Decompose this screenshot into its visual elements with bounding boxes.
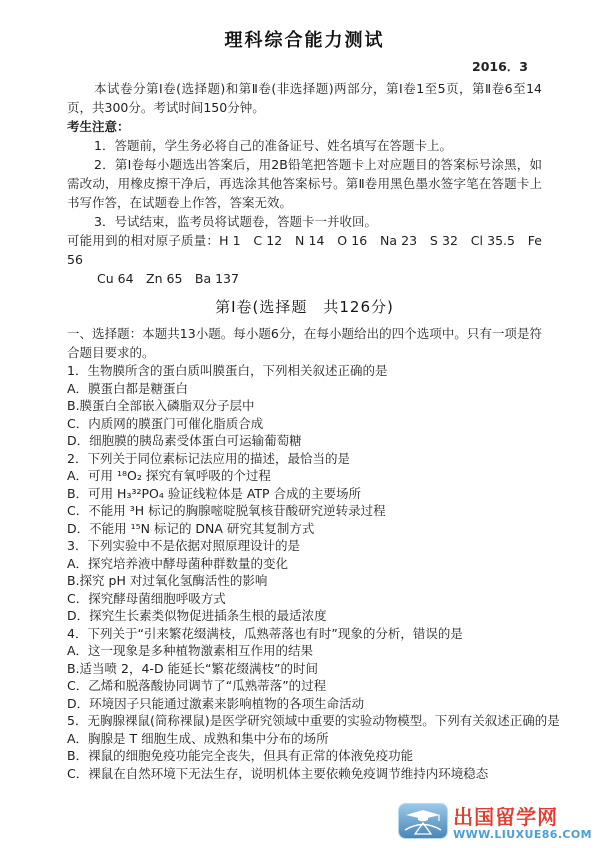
exam-date: 2016．3 (67, 58, 528, 75)
question-1-stem: 1．生物膜所含的蛋白质叫膜蛋白，下列相关叙述正确的是 (67, 362, 542, 380)
question-5-option-c: C．裸鼠在自然环境下无法生存，说明机体主要依赖免疫调节维持内环境稳态 (67, 765, 542, 783)
question-4-option-a: A．这一现象是多种植物激素相互作用的结果 (67, 642, 542, 660)
notice-item-3: 3．号试结束，监考员将试题卷，答题卡一并收回。 (67, 212, 542, 231)
question-5-stem: 5．无胸腺裸鼠(简称裸鼠)是医学研究领域中重要的实验动物模型。下列有关叙述正确的… (67, 712, 542, 730)
atomic-masses-line-1: 可能用到的相对原子质量：H 1 C 12 N 14 O 16 Na 23 S 3… (67, 231, 542, 269)
watermark-site-name: 出国留学网 (453, 807, 592, 827)
graduation-cap-icon (398, 803, 448, 843)
question-2: 2．下列关于同位素标记法应用的描述，最恰当的是 A．可用 ¹⁸O₂ 探究有氧呼吸… (67, 450, 542, 538)
question-1-option-d: D．细胞膜的胰岛素受体蛋白可运输葡萄糖 (67, 432, 542, 450)
question-1: 1．生物膜所含的蛋白质叫膜蛋白，下列相关叙述正确的是 A．膜蛋白都是糖蛋白 B.… (67, 362, 542, 450)
question-4-stem: 4．下列关于“引来繁花缀满枝，瓜熟蒂落也有时”现象的分析，错误的是 (67, 625, 542, 643)
watermark-site-url: WWW.LIUXUE86.COM (453, 829, 592, 840)
question-5-option-a: A．胸腺是 T 细胞生成、成熟和集中分布的场所 (67, 730, 542, 748)
exam-intro-paragraph: 本试卷分第Ⅰ卷(选择题)和第Ⅱ卷(非选择题)两部分，第Ⅰ卷1至5页，第Ⅱ卷6至1… (67, 79, 542, 117)
section-instruction: 一、选择题：本题共13小题。每小题6分，在每小题给出的四个选项中。只有一项是符合… (67, 324, 542, 362)
exam-page: 理科综合能力测试 2016．3 本试卷分第Ⅰ卷(选择题)和第Ⅱ卷(非选择题)两部… (67, 30, 542, 782)
question-4: 4．下列关于“引来繁花缀满枝，瓜熟蒂落也有时”现象的分析，错误的是 A．这一现象… (67, 625, 542, 713)
question-3-stem: 3．下列实验中不是依据对照原理设计的是 (67, 537, 542, 555)
liuxue86-watermark: 出国留学网 WWW.LIUXUE86.COM (398, 803, 592, 843)
question-3-option-c: C．探究酵母菌细胞呼吸方式 (67, 590, 542, 608)
question-5-option-b: B．裸鼠的细胞免疫功能完全丧失，但具有正常的体液免疫功能 (67, 747, 542, 765)
question-3-option-b: B.探究 pH 对过氧化氢酶活性的影响 (67, 572, 542, 590)
section-heading: 第Ⅰ卷(选择题 共126分) (67, 297, 542, 317)
question-1-option-c: C．内质网的膜蛋门可催化脂质合成 (67, 415, 542, 433)
question-1-option-b: B.膜蛋白全部嵌入磷脂双分子层中 (67, 397, 542, 415)
question-2-option-c: C．不能用 ³H 标记的胸腺嘧啶脱氧核苷酸研究逆转录过程 (67, 502, 542, 520)
page-title: 理科综合能力测试 (67, 30, 542, 52)
question-3-option-a: A．探究培养液中酵母菌种群数量的变化 (67, 555, 542, 573)
atomic-masses-line-2: Cu 64 Zn 65 Ba 137 (67, 269, 542, 288)
question-4-option-d: D．环境因子只能通过激素来影响植物的各项生命活动 (67, 695, 542, 713)
notice-heading: 考生注意： (67, 117, 542, 136)
question-2-option-d: D．不能用 ¹⁵N 标记的 DNA 研究其复制方式 (67, 520, 542, 538)
question-2-option-a: A．可用 ¹⁸O₂ 探究有氧呼吸的个过程 (67, 467, 542, 485)
notice-item-1: 1．答题前，学生务必将自己的准备证号、姓名填写在答题卡上。 (67, 136, 542, 155)
question-4-option-c: C．乙烯和脱落酸协同调节了“瓜熟蒂落”的过程 (67, 677, 542, 695)
question-2-stem: 2．下列关于同位素标记法应用的描述，最恰当的是 (67, 450, 542, 468)
question-3-option-d: D．探究生长素类似物促进插条生根的最适浓度 (67, 607, 542, 625)
question-1-option-a: A．膜蛋白都是糖蛋白 (67, 380, 542, 398)
question-5: 5．无胸腺裸鼠(简称裸鼠)是医学研究领域中重要的实验动物模型。下列有关叙述正确的… (67, 712, 542, 782)
question-4-option-b: B.适当喷 2，4-D 能延长“繁花缀满枝”的时间 (67, 660, 542, 678)
notice-item-2: 2．第Ⅰ卷每小题选出答案后，用2B铅笔把答题卡上对应题目的答案标号涂黑，如 需改… (67, 155, 542, 212)
question-2-option-b: B．可用 H₃³²PO₄ 验证线粒体是 ATP 合成的主要场所 (67, 485, 542, 503)
question-3: 3．下列实验中不是依据对照原理设计的是 A．探究培养液中酵母菌种群数量的变化 B… (67, 537, 542, 625)
